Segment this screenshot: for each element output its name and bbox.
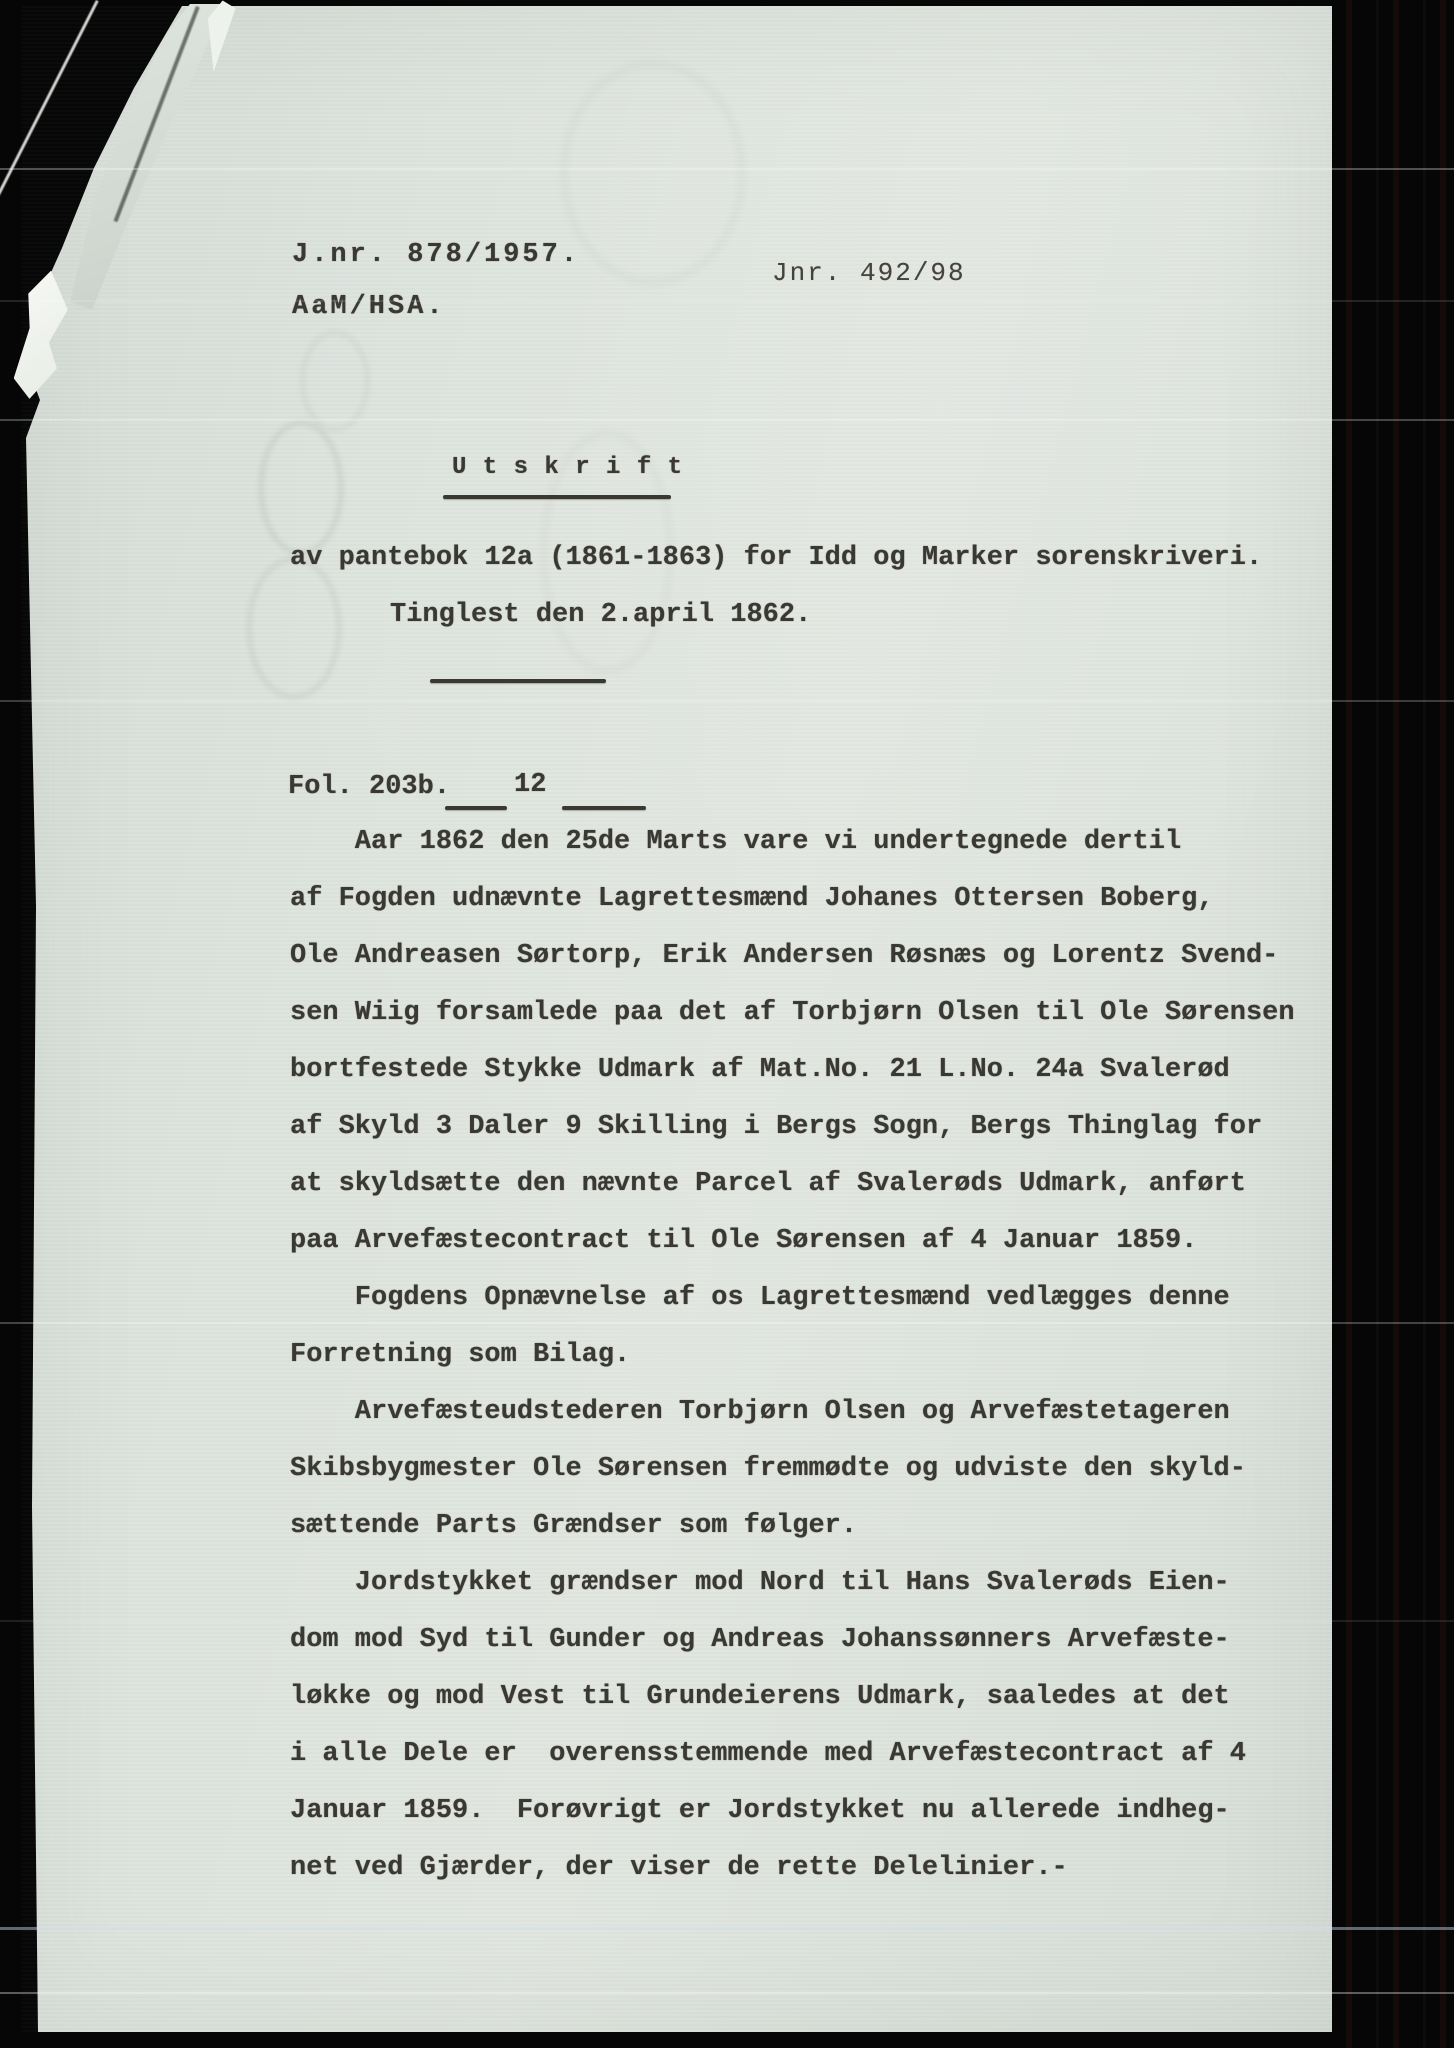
- reference-initials: AaM/HSA.: [292, 290, 446, 324]
- body-line: Arvefæsteudstederen Torbjørn Olsen og Ar…: [290, 1384, 1340, 1441]
- document-title: U t s k r i f t: [452, 451, 683, 485]
- entry-underline-right: [562, 806, 646, 810]
- title-underline: [443, 495, 671, 499]
- source-line: av pantebok 12a (1861-1863) for Idd og M…: [290, 541, 1262, 575]
- scanner-edge-streaks: [1332, 0, 1454, 2048]
- body-line: net ved Gjærder, der viser de rette Dele…: [290, 1840, 1340, 1897]
- body-line: at skyldsætte den nævnte Parcel af Svale…: [290, 1156, 1340, 1213]
- pencil-ghost-mark: [246, 556, 342, 700]
- journal-number-stamp: Jnr. 492/98: [772, 256, 966, 290]
- body-line: dom mod Syd til Gunder og Andreas Johans…: [290, 1612, 1340, 1669]
- date-line: Tinglest den 2.april 1862.: [390, 598, 811, 632]
- body-line: paa Arvefæstecontract til Ole Sørensen a…: [290, 1213, 1340, 1270]
- entry-underline-left: [445, 806, 507, 810]
- scanned-archive-document: J.nr. 878/1957. Jnr. 492/98 AaM/HSA. U t…: [0, 0, 1454, 2048]
- body-line: Fogdens Opnævnelse af os Lagrettesmænd v…: [290, 1270, 1340, 1327]
- body-line: af Fogden udnævnte Lagrettesmænd Johanes…: [290, 871, 1340, 928]
- body-line: Jordstykket grændser mod Nord til Hans S…: [290, 1555, 1340, 1612]
- pencil-ghost-mark: [258, 420, 344, 556]
- body-line: Aar 1862 den 25de Marts vare vi underteg…: [290, 814, 1340, 871]
- body-line: Januar 1859. Forøvrigt er Jordstykket nu…: [290, 1783, 1340, 1840]
- body-line: Forretning som Bilag.: [290, 1327, 1340, 1384]
- section-divider-rule: [430, 679, 606, 683]
- body-line: sættende Parts Grændser som følger.: [290, 1498, 1340, 1555]
- body-text: Aar 1862 den 25de Marts vare vi underteg…: [290, 814, 1340, 1897]
- body-line: i alle Dele er overensstemmende med Arve…: [290, 1726, 1340, 1783]
- body-line: Ole Andreasen Sørtorp, Erik Andersen Røs…: [290, 928, 1340, 985]
- folio-reference: Fol. 203b.: [288, 770, 450, 804]
- pencil-ghost-mark: [300, 330, 370, 432]
- pencil-ghost-mark: [560, 60, 746, 286]
- body-line: løkke og mod Vest til Grundeierens Udmar…: [290, 1669, 1340, 1726]
- entry-number: 12: [514, 768, 546, 802]
- body-line: af Skyld 3 Daler 9 Skilling i Bergs Sogn…: [290, 1099, 1340, 1156]
- body-line: bortfestede Stykke Udmark af Mat.No. 21 …: [290, 1042, 1340, 1099]
- journal-number-left: J.nr. 878/1957.: [292, 238, 580, 272]
- body-line: sen Wiig forsamlede paa det af Torbjørn …: [290, 985, 1340, 1042]
- body-line: Skibsbygmester Ole Sørensen fremmødte og…: [290, 1441, 1340, 1498]
